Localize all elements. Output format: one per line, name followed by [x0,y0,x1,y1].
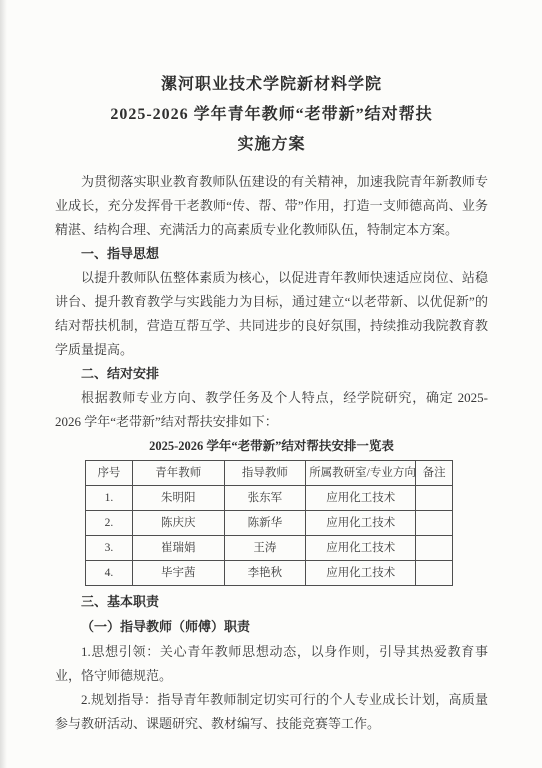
document-content: 漯河职业技术学院新材料学院 2025-2026 学年青年教师“老带新”结对帮扶 … [55,70,488,736]
cell-note [416,511,453,536]
document-title: 漯河职业技术学院新材料学院 2025-2026 学年青年教师“老带新”结对帮扶 … [55,70,488,160]
header-mentor-teacher: 指导教师 [224,461,306,486]
cell-young-teacher: 朱明阳 [132,486,224,511]
cell-young-teacher: 毕宇茜 [132,561,224,586]
duty-2-paragraph: 2.规划指导：指导青年教师制定切实可行的个人专业成长计划，高质量参与教研活动、课… [55,688,488,736]
title-line-1: 漯河职业技术学院新材料学院 [55,70,488,100]
cell-department: 应用化工技术 [306,511,416,536]
table-header-row: 序号 青年教师 指导教师 所属教研室/专业方向 备注 [86,461,453,486]
table-row: 1. 朱明阳 张东军 应用化工技术 [86,486,453,511]
section-3-heading: 三、基本职责 [55,590,488,614]
cell-mentor-teacher: 王涛 [224,536,306,561]
section-2-heading: 二、结对安排 [55,362,488,386]
header-young-teacher: 青年教师 [132,461,224,486]
cell-young-teacher: 陈庆庆 [132,511,224,536]
cell-seq: 4. [86,561,133,586]
pairing-table: 序号 青年教师 指导教师 所属教研室/专业方向 备注 1. 朱明阳 张东军 应用… [85,460,453,586]
section-2-paragraph: 根据教师专业方向、教学任务及个人特点，经学院研究，确定 2025-2026 学年… [55,386,488,434]
section-3-subheading: （一）指导教师（师傅）职责 [55,614,488,640]
cell-note [416,486,453,511]
cell-note [416,536,453,561]
cell-seq: 2. [86,511,133,536]
section-1-paragraph: 以提升教师队伍整体素质为核心，以促进青年教师快速适应岗位、站稳讲台、提升教育教学… [55,266,488,362]
cell-department: 应用化工技术 [306,486,416,511]
intro-paragraph: 为贯彻落实职业教育教师队伍建设的有关精神，加速我院青年新教师专业成长，充分发挥骨… [55,170,488,242]
scanned-document-page: 漯河职业技术学院新材料学院 2025-2026 学年青年教师“老带新”结对帮扶 … [0,0,542,768]
header-department: 所属教研室/专业方向 [306,461,416,486]
header-seq: 序号 [86,461,133,486]
cell-note [416,561,453,586]
cell-seq: 3. [86,536,133,561]
header-note: 备注 [416,461,453,486]
cell-mentor-teacher: 陈新华 [224,511,306,536]
table-row: 3. 崔瑞娟 王涛 应用化工技术 [86,536,453,561]
table-caption: 2025-2026 学年“老带新”结对帮扶安排一览表 [55,436,488,456]
title-line-3: 实施方案 [55,130,488,160]
cell-mentor-teacher: 李艳秋 [224,561,306,586]
duty-1-paragraph: 1.思想引领：关心青年教师思想动态，以身作则，引导其热爱教育事业，恪守师德规范。 [55,640,488,688]
cell-department: 应用化工技术 [306,561,416,586]
section-1-heading: 一、指导思想 [55,242,488,266]
title-line-2: 2025-2026 学年青年教师“老带新”结对帮扶 [55,100,488,130]
cell-seq: 1. [86,486,133,511]
document-body: 为贯彻落实职业教育教师队伍建设的有关精神，加速我院青年新教师专业成长，充分发挥骨… [55,170,488,736]
table-row: 2. 陈庆庆 陈新华 应用化工技术 [86,511,453,536]
cell-department: 应用化工技术 [306,536,416,561]
cell-young-teacher: 崔瑞娟 [132,536,224,561]
table-row: 4. 毕宇茜 李艳秋 应用化工技术 [86,561,453,586]
cell-mentor-teacher: 张东军 [224,486,306,511]
